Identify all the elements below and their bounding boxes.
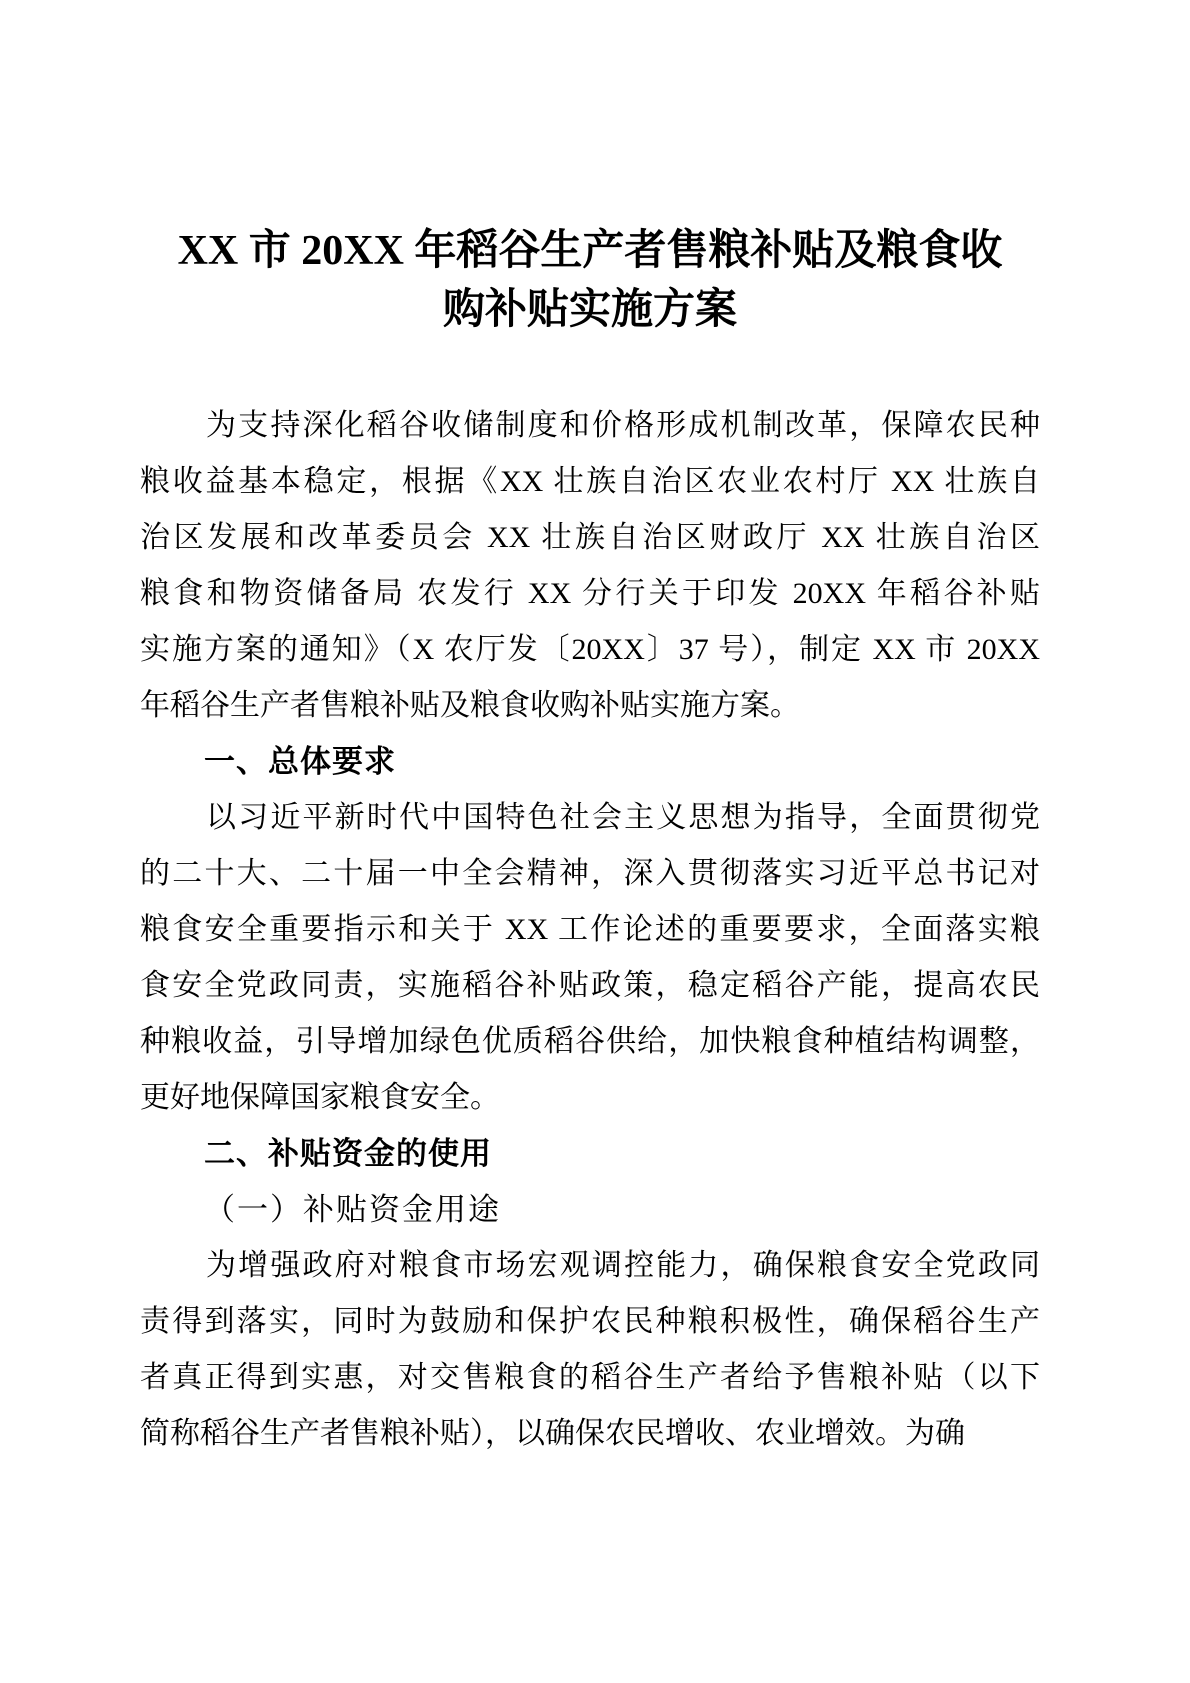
document-body: 为支持深化稻谷收储制度和价格形成机制改革，保障农民种粮收益基本稳定，根据《XX … — [140, 398, 1040, 1462]
text-line: 以习近平新时代中国特色社会主义思想为指导，全面贯彻党 — [140, 790, 1040, 846]
text-line: 实施方案的通知》（X 农厅发〔20XX〕37 号），制定 XX 市 20XX — [140, 622, 1040, 678]
sub-section-heading-2-1: （一）补贴资金用途 — [140, 1182, 1040, 1238]
text-line: 粮食安全重要指示和关于 XX 工作论述的重要要求，全面落实粮 — [140, 902, 1040, 958]
opening-paragraph: 为支持深化稻谷收储制度和价格形成机制改革，保障农民种粮收益基本稳定，根据《XX … — [140, 398, 1040, 734]
text-line: 更好地保障国家粮食安全。 — [140, 1070, 1040, 1126]
document-content: XX 市 20XX 年稻谷生产者售粮补贴及粮食收 购补贴实施方案 为支持深化稻谷… — [140, 0, 1040, 1462]
document-title-line-2: 购补贴实施方案 — [140, 281, 1040, 340]
text-line: 责得到落实，同时为鼓励和保护农民种粮积极性，确保稻谷生产 — [140, 1294, 1040, 1350]
text-line: 种粮收益，引导增加绿色优质稻谷供给，加快粮食种植结构调整， — [140, 1014, 1040, 1070]
section-1-paragraph: 以习近平新时代中国特色社会主义思想为指导，全面贯彻党的二十大、二十届一中全会精神… — [140, 790, 1040, 1126]
document-title: XX 市 20XX 年稻谷生产者售粮补贴及粮食收 购补贴实施方案 — [140, 222, 1040, 340]
document-page: XX 市 20XX 年稻谷生产者售粮补贴及粮食收 购补贴实施方案 为支持深化稻谷… — [0, 0, 1190, 1683]
text-line: 者真正得到实惠，对交售粮食的稻谷生产者给予售粮补贴（以下 — [140, 1350, 1040, 1406]
text-line: 简称稻谷生产者售粮补贴），以确保农民增收、农业增效。为确 — [140, 1406, 1040, 1462]
text-line: 为增强政府对粮食市场宏观调控能力，确保粮食安全党政同 — [140, 1238, 1040, 1294]
text-line: 食安全党政同责，实施稻谷补贴政策，稳定稻谷产能，提高农民 — [140, 958, 1040, 1014]
section-heading-1: 一、总体要求 — [140, 734, 1040, 790]
text-line: 为支持深化稻谷收储制度和价格形成机制改革，保障农民种 — [140, 398, 1040, 454]
document-title-line-1: XX 市 20XX 年稻谷生产者售粮补贴及粮食收 — [140, 222, 1040, 281]
text-line: 年稻谷生产者售粮补贴及粮食收购补贴实施方案。 — [140, 678, 1040, 734]
section-2-1-paragraph: 为增强政府对粮食市场宏观调控能力，确保粮食安全党政同责得到落实，同时为鼓励和保护… — [140, 1238, 1040, 1462]
text-line: 粮收益基本稳定，根据《XX 壮族自治区农业农村厅 XX 壮族自 — [140, 454, 1040, 510]
text-line: 治区发展和改革委员会 XX 壮族自治区财政厅 XX 壮族自治区 — [140, 510, 1040, 566]
text-line: 粮食和物资储备局 农发行 XX 分行关于印发 20XX 年稻谷补贴 — [140, 566, 1040, 622]
text-line: 的二十大、二十届一中全会精神，深入贯彻落实习近平总书记对 — [140, 846, 1040, 902]
section-heading-2: 二、补贴资金的使用 — [140, 1126, 1040, 1182]
